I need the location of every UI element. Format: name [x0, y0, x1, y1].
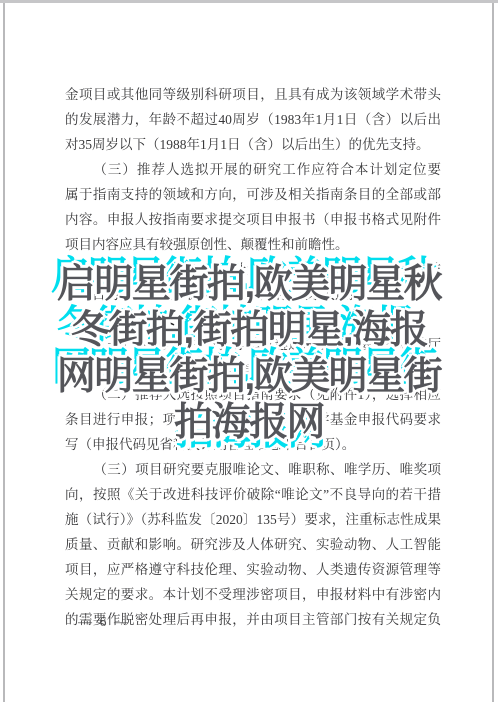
page-number: — 6 — [78, 615, 130, 631]
document-line: 写（申报代码见省科技计划管理信息平台首页）。 [65, 432, 441, 457]
document-line: （四）已有在研省科技计划项目或已申报2023年度省科技计 [65, 257, 441, 282]
document-line: 项目内容应具有较强原创性、颠覆性和前瞻性。 [65, 232, 441, 257]
document-line: 属于指南支持的领域和方向，可涉及相关指南条目的全部或部分 [65, 182, 441, 207]
page-left-edge [3, 3, 5, 702]
document-line: 项目，应严格遵守科技伦理、实验动物、人类遗传资源管理等有 [65, 557, 441, 582]
document-line: 施（试行）》（苏科监发〔2020〕135号）要求，注重标志性成果的 [65, 507, 441, 532]
page-top-edge [0, 0, 498, 3]
document-line: 条目进行申报；项目研究方向按省自然科学基金申报代码要求填 [65, 407, 441, 432]
document-line: 向，按照《关于改进科技评价破除“唯论文”不良导向的若干措 [65, 482, 441, 507]
document-line: 对35周岁以下（1988年1月1日（含）以后出生）的优先支持。 [65, 132, 441, 157]
page-right-edge [492, 3, 494, 702]
document-line: 内容。申报人按指南要求提交项目申报书（申报书格式见附件2）， [65, 207, 441, 232]
document-line: 质量、贡献和影响。研究涉及人体研究、实验动物、人工智能的 [65, 532, 441, 557]
document-line: （三）项目研究要克服唯论文、唯职称、唯学历、唯奖项倾 [65, 457, 441, 482]
document-line: 的发展潜力，年龄不超过40周岁（1983年1月1日（含）以后出生）， [65, 107, 441, 132]
document-line: 金项目或其他同等级别科研项目，且具有成为该领域学术带头人 [65, 82, 441, 107]
document-line: 荐，每个单位每个指南方向推荐人数不超过2位。 [65, 357, 441, 382]
document-line: （三）推荐人选拟开展的研究工作应符合本计划定位要求， [65, 157, 441, 182]
document-line: 划项目的科研人员，仍可作为青年科技人才人选推荐 [65, 282, 441, 307]
document-line: （一）推荐人选由各推荐单位遴选产生并直接向省科技厅推 [65, 332, 441, 357]
document-body: 金项目或其他同等级别科研项目，且具有成为该领域学术带头人 的发展潜力，年龄不超过… [65, 82, 441, 632]
scanned-document-page: 金项目或其他同等级别科研项目，且具有成为该领域学术带头人 的发展潜力，年龄不超过… [0, 0, 498, 702]
document-line: （二）推荐人选按照项目指南要求（见附件1），选择相应的 [65, 382, 441, 407]
section-heading: 六、推荐要求 [65, 307, 441, 332]
document-line: 关规定的要求。本计划不受理涉密项目，申报材料中有涉密内容 [65, 582, 441, 607]
